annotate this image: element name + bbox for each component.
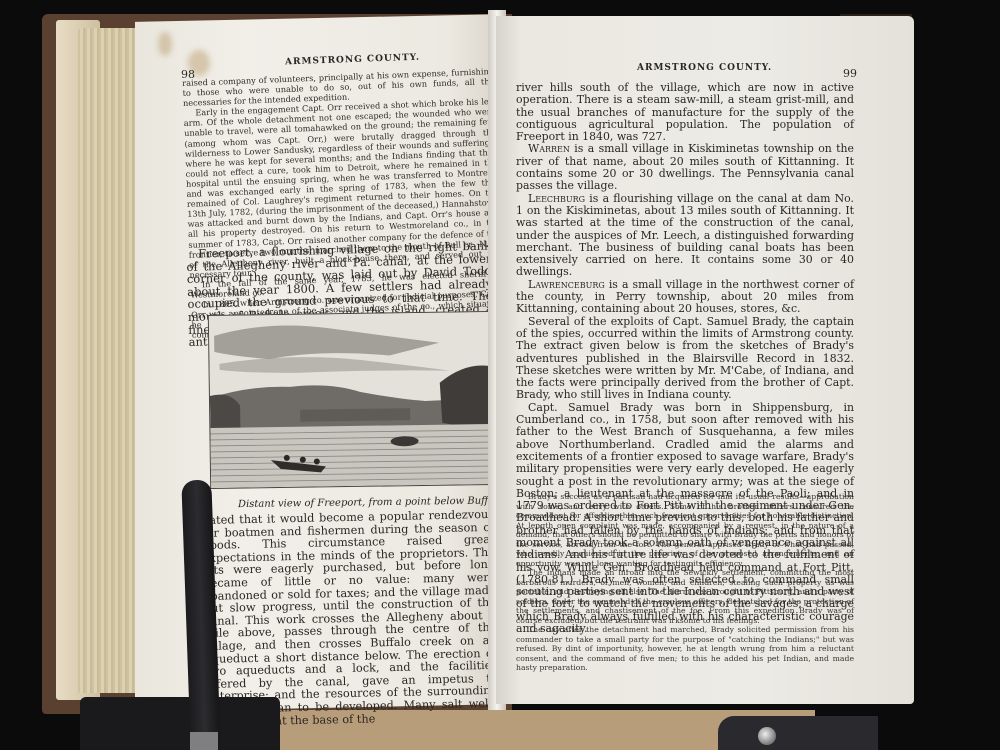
small-paragraph: Brady's success as a partisan had acquir… (516, 492, 854, 568)
paragraph-leechburg: Leechburg is a flourishing village on th… (516, 193, 854, 279)
place-name-lawrenceburg: Lawrenceburg (528, 278, 605, 291)
book-clamp-right (718, 716, 878, 750)
book-clamp-left (80, 697, 280, 750)
photo-background: ARMSTRONG COUNTY. 98 raised a company of… (0, 0, 1000, 750)
place-name-warren: Warren (528, 142, 570, 155)
right-small-text: Brady's success as a partisan had acquir… (516, 492, 854, 673)
running-head-right: ARMSTRONG COUNTY. (637, 63, 772, 73)
clamp-bolt-icon (758, 727, 776, 745)
landscape-illustration (209, 312, 491, 488)
small-paragraph: The day after the detachment had marched… (516, 625, 854, 673)
foxing-stain (158, 32, 172, 56)
paragraph-warren: Warren is a small village in Kiskimineta… (516, 143, 854, 192)
paragraph-lawrenceburg: Lawrenceburg is a small village in the n… (516, 279, 854, 316)
place-name-leechburg: Leechburg (528, 192, 585, 205)
paragraph-brady-intro: Several of the exploits of Capt. Samuel … (516, 316, 854, 402)
small-paragraph: The Indians made an inroad into the Sewi… (516, 568, 854, 625)
paragraph-freeport-industry: river hills south of the village, which … (516, 82, 854, 143)
strap-clip (190, 732, 218, 750)
page-number-right: 99 (843, 67, 857, 80)
engraving-freeport (208, 311, 492, 489)
